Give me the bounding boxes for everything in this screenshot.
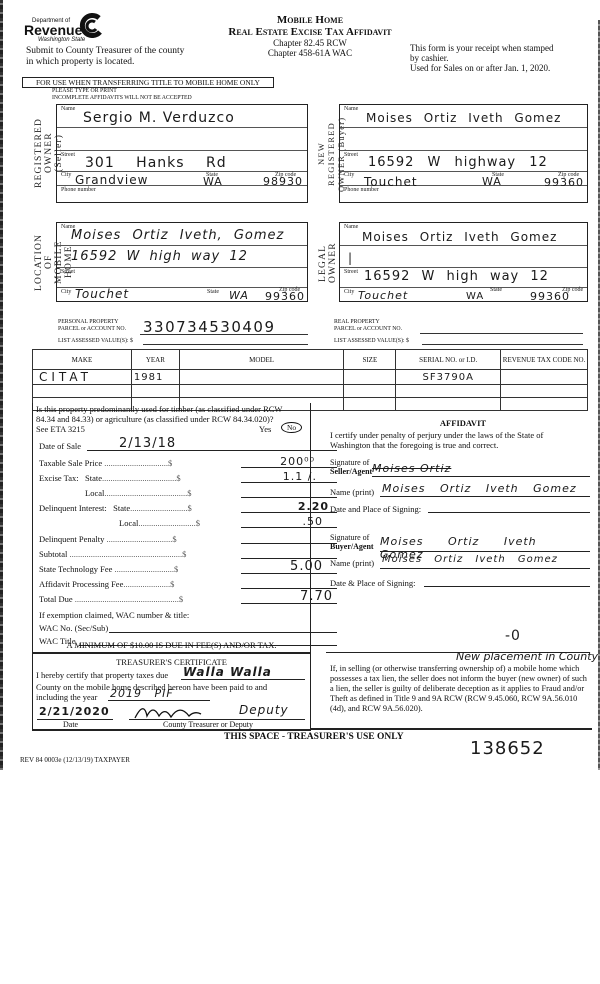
buyer-signature-field[interactable]: Moises Ortiz Iveth Gomez — [380, 539, 590, 552]
seller-print-name-field[interactable]: Moises Ortiz Iveth Gomez — [380, 484, 590, 497]
affidavit-text2: Washington that the foregoing is true an… — [330, 440, 590, 450]
treasurer-county-value: Walla Walla — [183, 665, 272, 679]
buyer-signature-label: Signature of Buyer/Agent — [330, 533, 374, 551]
treasurer-county-field[interactable]: Walla Walla — [181, 668, 305, 680]
buyer-zip-field[interactable]: 99360 — [544, 176, 584, 189]
model-cell[interactable] — [179, 370, 344, 385]
location-street-label: Street — [61, 269, 75, 275]
fee-row-state-technology-fee: State Technology Fee ...................… — [39, 564, 178, 574]
legal-owner-section-label: LEGAL OWNER — [318, 226, 338, 300]
fee-row-delinquent-penalty: Delinquent Penalty .....................… — [39, 534, 177, 544]
location-box: Name Moises Ortiz Iveth, Gomez 16592 W h… — [56, 222, 308, 302]
buyer-box: Name Moises Ortiz Iveth Gomez Street 165… — [339, 104, 588, 203]
legal-city-field[interactable]: Touchet — [358, 289, 408, 302]
size-cell[interactable] — [344, 370, 396, 385]
delinquent-local-field[interactable]: .50 — [241, 516, 337, 528]
fee-label: State Technology Fee — [39, 564, 112, 574]
fee-label: Subtotal — [39, 549, 67, 559]
treasurer-date-label: Date — [63, 720, 78, 729]
legal-street-field[interactable]: 16592 W high way 12 — [364, 269, 549, 284]
col-make: MAKE — [33, 350, 132, 370]
treasurer-line1: I hereby certify that property taxes due — [36, 670, 168, 680]
fee-row-excise-local: Local...................................… — [85, 488, 191, 498]
wac-no-label: WAC No. (Sec/Sub) — [39, 623, 108, 633]
col-year: YEAR — [131, 350, 179, 370]
fee-value: .50 — [303, 515, 324, 528]
excise-local-field[interactable] — [241, 486, 337, 498]
table-row — [33, 385, 588, 398]
location-state-label: State — [207, 289, 219, 295]
serial-cell[interactable] — [396, 398, 501, 411]
tax-lien-warning: If, in selling (or otherwise transferrin… — [330, 664, 592, 714]
personal-parcel-value: 330734530409 — [143, 318, 276, 336]
seller-phone-label: Phone number — [61, 187, 96, 193]
legal-state-label: State — [490, 287, 502, 293]
minimum-fee-note: A MINIMUM OF $10.00 IS DUE IN FEE(S) AND… — [32, 640, 311, 650]
handwritten-receipt-number: 138652 — [470, 738, 545, 759]
chapter-wac: Chapter 458-61A WAC — [200, 48, 420, 58]
fee-value: 200⁰⁰ — [280, 455, 315, 468]
seller-city-label: City — [61, 172, 71, 178]
divider — [57, 245, 307, 246]
personal-parcel-field[interactable]: 330734530409 — [140, 322, 308, 335]
timber-q2: 84.34 and 84.33) or agriculture (as clas… — [36, 414, 308, 424]
real-parcel-label: REAL PROPERTY PARCEL or ACCOUNT NO. — [334, 319, 402, 333]
revenue-code-cell[interactable] — [501, 385, 588, 398]
form-id: REV 84 0003e (12/13/19) TAXPAYER — [20, 756, 130, 764]
state-technology-fee-field[interactable]: 5.00 — [241, 562, 337, 574]
seller-signature-label: Signature of Seller/Agent — [330, 458, 372, 476]
instr-incomplete: INCOMPLETE AFFIDAVITS WILL NOT BE ACCEPT… — [52, 95, 192, 102]
yes-option[interactable]: Yes — [259, 424, 271, 434]
fee-sublabel: State — [85, 473, 102, 483]
form-title: Mobile Home Real Estate Excise Tax Affid… — [200, 14, 420, 58]
buyer-print-name-label: Name (print) — [330, 558, 374, 568]
legal-street-label: Street — [344, 269, 358, 275]
seller-zip-field[interactable]: 98930 — [263, 175, 303, 188]
wac-no-field[interactable] — [109, 632, 337, 633]
divider — [57, 267, 307, 268]
real-assessed-label: LIST ASSESSED VALUE(S): $ — [334, 338, 409, 344]
divider — [340, 127, 587, 128]
treasurer-certificate-box: TREASURER'S CERTIFICATE I hereby certify… — [32, 653, 311, 731]
seller-name-field[interactable]: Sergio M. Verduzco — [83, 110, 235, 126]
buyer-print-name-field[interactable]: Moises Ortiz Iveth Gomez — [380, 556, 590, 569]
handwritten-new-placement-note: New placement in County — [456, 650, 598, 663]
seller-city-field[interactable]: Grandview — [75, 173, 148, 187]
treasurer-use-divider — [311, 728, 592, 730]
location-zip-field[interactable]: 99360 — [265, 290, 305, 303]
col-revenue-code: REVENUE TAX CODE NO. — [501, 350, 588, 370]
fee-sublabel: Local — [119, 518, 138, 528]
col-serial: SERIAL NO. or I.D. — [396, 350, 501, 370]
fee-sublabel: Local — [85, 488, 104, 498]
legal-state-field[interactable]: WA — [466, 291, 484, 302]
divider — [57, 127, 307, 128]
seller-signature-field[interactable]: Moises Ortiz — [372, 464, 590, 477]
buyer-street-label: Street — [344, 152, 358, 158]
revenue-swirl-logo-icon — [79, 12, 105, 38]
buyer-city-label: City — [344, 172, 354, 178]
fee-label: Excise Tax: — [39, 473, 79, 483]
personal-parcel-label-1: PERSONAL PROPERTY — [58, 319, 126, 326]
tax-box: Is this property predominantly used for … — [32, 403, 311, 653]
treasurer-date-value: 2/21/2020 — [39, 705, 110, 718]
taxable-sale-price-field[interactable]: 200⁰⁰ — [241, 456, 337, 468]
location-state-field[interactable]: WA — [229, 289, 249, 302]
seller-date-place-label: Date and Place of Signing: — [330, 504, 421, 514]
logo-name: Revenue — [24, 23, 82, 37]
date-of-sale-field[interactable]: 2/13/18 — [87, 439, 337, 451]
treasurer-date-field[interactable]: 2/21/2020 — [37, 707, 113, 720]
fee-label: Delinquent Interest: — [39, 503, 107, 513]
submit-note-line2: in which property is located. — [26, 57, 184, 68]
table-header-row: MAKE YEAR MODEL SIZE SERIAL NO. or I.D. … — [33, 350, 588, 370]
fee-row-subtotal: Subtotal ...............................… — [39, 549, 186, 559]
fee-row-delinquent-local: Local...........................$ — [119, 518, 200, 528]
dor-logo: Department of Revenue Washington State — [24, 12, 104, 44]
col-model: MODEL — [179, 350, 344, 370]
excise-state-field[interactable]: 1.1 /. — [241, 471, 337, 483]
location-name-field[interactable]: Moises Ortiz Iveth, Gomez — [71, 228, 284, 243]
chapter-rcw: Chapter 82.45 RCW — [200, 38, 420, 48]
legal-name-line2-field[interactable]: | — [348, 251, 353, 265]
title-line1: Mobile Home — [200, 14, 420, 26]
table-row: CITAT 1981 SF3790A — [33, 370, 588, 385]
divider — [340, 267, 587, 268]
buyer-name-field[interactable]: Moises Ortiz Iveth Gomez — [366, 111, 561, 125]
signature-scribble-icon — [133, 704, 203, 720]
legal-name-label: Name — [344, 224, 358, 230]
affidavit-section: AFFIDAVIT I certify under penalty of per… — [330, 418, 590, 450]
personal-parcel-label: PERSONAL PROPERTY PARCEL or ACCOUNT NO. — [58, 319, 126, 333]
serial-cell[interactable]: SF3790A — [396, 370, 501, 385]
fee-value: 1.1 /. — [283, 470, 317, 483]
year-cell[interactable]: 1981 — [131, 370, 179, 385]
treasurer-line3: including the year — [36, 692, 97, 702]
buyer-sig-label1: Signature of — [330, 533, 374, 542]
seller-street-label: Street — [61, 152, 75, 158]
make-cell[interactable] — [33, 385, 132, 398]
fee-row-total-due: Total Due ..............................… — [39, 594, 183, 604]
personal-assessed-field[interactable] — [143, 344, 308, 345]
seller-sig-label1: Signature of — [330, 458, 372, 467]
treasurer-signature-label: County Treasurer or Deputy — [163, 720, 253, 729]
instr-type-print: PLEASE TYPE OR PRINT — [52, 88, 192, 95]
real-assessed-field[interactable] — [422, 344, 583, 345]
divider — [57, 171, 307, 172]
date-of-sale-label: Date of Sale — [39, 441, 81, 451]
legal-owner-box: Name Moises Ortiz Iveth Gomez | Street 1… — [339, 222, 588, 302]
size-cell[interactable] — [344, 398, 396, 411]
affidavit-text1: I certify under penalty of perjury under… — [330, 430, 590, 440]
real-parcel-field[interactable] — [420, 333, 583, 334]
divider — [340, 245, 587, 246]
buyer-date-place-field[interactable] — [424, 586, 590, 587]
seller-label-1: REGISTERED — [34, 118, 44, 188]
seller-name-label: Name — [61, 106, 75, 112]
mobile-home-table: MAKE YEAR MODEL SIZE SERIAL NO. or I.D. … — [32, 349, 588, 411]
handwritten-zero-annotation: -0 — [505, 628, 521, 644]
divider — [57, 150, 307, 151]
scan-edge-left — [0, 0, 3, 770]
real-parcel-label-2: PARCEL or ACCOUNT NO. — [334, 326, 402, 333]
seller-signature-value: Moises Ortiz — [372, 462, 451, 475]
submit-note-line1: Submit to County Treasurer of the county — [26, 46, 184, 57]
location-city-field[interactable]: Touchet — [75, 287, 129, 301]
legal-zip-field[interactable]: 99360 — [530, 290, 570, 303]
buyer-street-field[interactable]: 16592 W highway 12 — [368, 155, 548, 170]
buyer-state-field[interactable]: WA — [482, 175, 502, 188]
location-name-line2-field[interactable]: 16592 W high way 12 — [71, 249, 248, 264]
receipt-line1: This form is your receipt when stamped — [410, 43, 553, 53]
year-cell[interactable] — [131, 385, 179, 398]
personal-assessed-label: LIST ASSESSED VALUE(S): $ — [58, 338, 133, 344]
seller-sig-label2: Seller/Agent — [330, 467, 372, 476]
fee-value: 2.20 — [298, 500, 329, 513]
revenue-code-cell[interactable] — [501, 370, 588, 385]
divider — [340, 287, 587, 288]
divider — [340, 150, 587, 151]
date-of-sale-value: 2/13/18 — [119, 436, 176, 451]
col-size: SIZE — [344, 350, 396, 370]
title-line2: Real Estate Excise Tax Affidavit — [200, 26, 420, 38]
seller-date-place-field[interactable] — [428, 512, 590, 513]
buyer-name-label: Name — [344, 106, 358, 112]
receipt-line2: by cashier. — [410, 53, 553, 63]
location-city-label: City — [61, 289, 71, 295]
personal-parcel-label-2: PARCEL or ACCOUNT NO. — [58, 326, 126, 333]
seller-print-name-value: Moises Ortiz Iveth Gomez — [382, 482, 577, 495]
legal-city-label: City — [344, 289, 354, 295]
buyer-label-1: NEW REGISTERED — [316, 122, 336, 186]
fee-row-delinquent-state: Delinquent Interest: State..............… — [39, 503, 192, 513]
fee-value: 5.00 — [290, 559, 323, 574]
fee-label: Affidavit Processing Fee — [39, 579, 123, 589]
submit-note: Submit to County Treasurer of the county… — [26, 46, 184, 68]
size-cell[interactable] — [344, 385, 396, 398]
seller-street-field[interactable]: 301 Hanks Rd — [85, 155, 227, 171]
receipt-line3: Used for Sales on or after Jan. 1, 2020. — [410, 63, 553, 73]
treasurer-use-only-label: THIS SPACE - TREASURER'S USE ONLY — [224, 732, 404, 742]
buyer-date-place-label: Date & Place of Signing: — [330, 578, 415, 588]
serial-cell[interactable] — [396, 385, 501, 398]
treasurer-year-value: 2019 PIF — [110, 687, 174, 700]
fee-label: Total Due — [39, 594, 73, 604]
treasurer-signature-field[interactable]: Deputy — [129, 704, 305, 720]
seller-state-field[interactable]: WA — [203, 175, 223, 188]
buyer-phone-label: Phone number — [344, 187, 379, 193]
treasurer-year-field[interactable]: 2019 PIF — [108, 690, 210, 701]
receipt-note: This form is your receipt when stamped b… — [410, 43, 553, 73]
real-parcel-label-1: REAL PROPERTY — [334, 319, 402, 326]
affidavit-processing-fee-field[interactable] — [241, 577, 337, 589]
affidavit-title: AFFIDAVIT — [336, 418, 590, 428]
delinquent-state-field[interactable]: 2.20 — [241, 501, 337, 513]
location-label-1: LOCATION OF — [34, 233, 54, 290]
revenue-code-cell[interactable] — [501, 398, 588, 411]
no-option-circled[interactable]: No — [281, 422, 302, 433]
instructions: PLEASE TYPE OR PRINT INCOMPLETE AFFIDAVI… — [52, 88, 192, 102]
delinquent-penalty-field[interactable] — [241, 532, 337, 544]
fee-label: Delinquent Penalty — [39, 534, 104, 544]
buyer-sig-label2: Buyer/Agent — [330, 542, 374, 551]
legal-name-field[interactable]: Moises Ortiz Iveth Gomez — [362, 230, 557, 244]
usage-banner: FOR USE WHEN TRANSFERRING TITLE TO MOBIL… — [22, 77, 274, 88]
timber-q1: Is this property predominantly used for … — [36, 404, 308, 414]
total-due-field[interactable]: 7.70 — [241, 592, 337, 604]
buyer-print-name-value: Moises Ortiz Iveth Gomez — [382, 554, 558, 565]
fee-sublabel: State — [113, 503, 130, 513]
model-cell[interactable] — [179, 385, 344, 398]
divider — [340, 171, 587, 172]
make-cell[interactable]: CITAT — [33, 370, 132, 385]
subtotal-field[interactable] — [241, 547, 337, 559]
seller-print-name-label: Name (print) — [330, 487, 374, 497]
fee-label: Taxable Sale Price — [39, 458, 102, 468]
exemption-label: If exemption claimed, WAC number & title… — [39, 610, 189, 620]
fee-row-affidavit-processing-fee: Affidavit Processing Fee................… — [39, 579, 174, 589]
treasurer-signature-value: Deputy — [239, 703, 289, 717]
seller-box: Name Sergio M. Verduzco Street 301 Hanks… — [56, 104, 308, 203]
fee-value: 7.70 — [300, 589, 333, 604]
